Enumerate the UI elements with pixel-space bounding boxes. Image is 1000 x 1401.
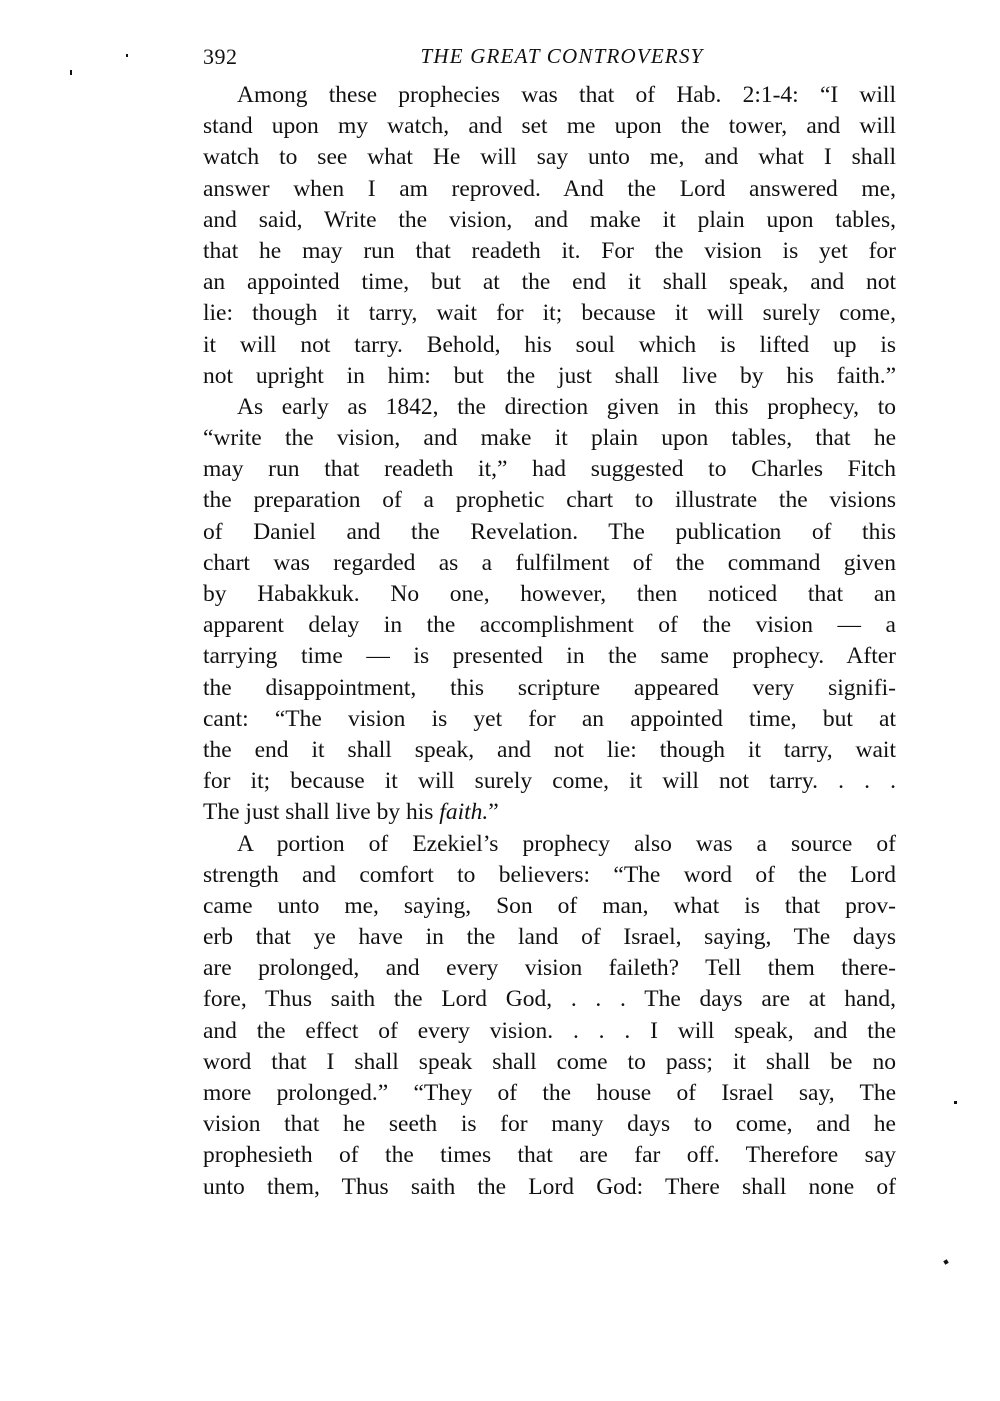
page-header: 392 THE GREAT CONTROVERSY	[203, 44, 896, 78]
text-line: watch to see what He will say unto me, a…	[203, 142, 896, 173]
body-text: Among these prophecies was that of Hab. …	[203, 80, 896, 1203]
paragraph: Among these prophecies was that of Hab. …	[203, 80, 896, 392]
book-page: 392 THE GREAT CONTROVERSY Among these pr…	[0, 0, 1000, 1401]
text-line: of Daniel and the Revelation. The public…	[203, 517, 896, 548]
text-line: strength and comfort to believers: “The …	[203, 860, 896, 891]
text-line: cant: “The vision is yet for an appointe…	[203, 704, 896, 735]
text-line: may run that readeth it,” had suggested …	[203, 454, 896, 485]
text-line: the preparation of a prophetic chart to …	[203, 485, 896, 516]
scan-speck	[70, 70, 72, 75]
running-title: THE GREAT CONTROVERSY	[203, 44, 896, 69]
text-line: lie: though it tarry, wait for it; becau…	[203, 298, 896, 329]
text-line: word that I shall speak shall come to pa…	[203, 1047, 896, 1078]
text-line: erb that ye have in the land of Israel, …	[203, 922, 896, 953]
scan-speck	[943, 1259, 948, 1264]
text-line: are prolonged, and every vision faileth?…	[203, 953, 896, 984]
text-line: answer when I am reproved. And the Lord …	[203, 174, 896, 205]
text-line: prophesieth of the times that are far of…	[203, 1140, 896, 1171]
text-line: apparent delay in the accomplishment of …	[203, 610, 896, 641]
text-line: the disappointment, this scripture appea…	[203, 673, 896, 704]
text-line: and the effect of every vision. . . . I …	[203, 1016, 896, 1047]
text-line: fore, Thus saith the Lord God, . . . The…	[203, 984, 896, 1015]
text-line: stand upon my watch, and set me upon the…	[203, 111, 896, 142]
text-run: The just shall live by his	[203, 799, 439, 825]
paragraph: As early as 1842, the direction given in…	[203, 392, 896, 829]
text-line: more prolonged.” “They of the house of I…	[203, 1078, 896, 1109]
text-line: The just shall live by his faith.”	[203, 797, 896, 828]
text-line: it will not tarry. Behold, his soul whic…	[203, 330, 896, 361]
text-line: an appointed time, but at the end it sha…	[203, 267, 896, 298]
closing-quote: ”	[488, 799, 498, 825]
text-line: chart was regarded as a fulfilment of th…	[203, 548, 896, 579]
text-line: came unto me, saying, Son of man, what i…	[203, 891, 896, 922]
text-line: that he may run that readeth it. For the…	[203, 236, 896, 267]
italic-word: faith.	[439, 799, 488, 825]
paragraph: A portion of Ezekiel’s prophecy also was…	[203, 829, 896, 1203]
text-line: unto them, Thus saith the Lord God: Ther…	[203, 1172, 896, 1203]
text-line: and said, Write the vision, and make it …	[203, 205, 896, 236]
text-line: by Habakkuk. No one, however, then notic…	[203, 579, 896, 610]
text-line: vision that he seeth is for many days to…	[203, 1109, 896, 1140]
text-line: tarrying time — is presented in the same…	[203, 641, 896, 672]
text-line: not upright in him: but the just shall l…	[203, 361, 896, 392]
scan-speck	[954, 1101, 957, 1104]
text-line: A portion of Ezekiel’s prophecy also was…	[203, 829, 896, 860]
text-line: the end it shall speak, and not lie: tho…	[203, 735, 896, 766]
text-line: “write the vision, and make it plain upo…	[203, 423, 896, 454]
text-line: As early as 1842, the direction given in…	[203, 392, 896, 423]
text-line: Among these prophecies was that of Hab. …	[203, 80, 896, 111]
text-line: for it; because it will surely come, it …	[203, 766, 896, 797]
scan-speck	[126, 54, 128, 57]
